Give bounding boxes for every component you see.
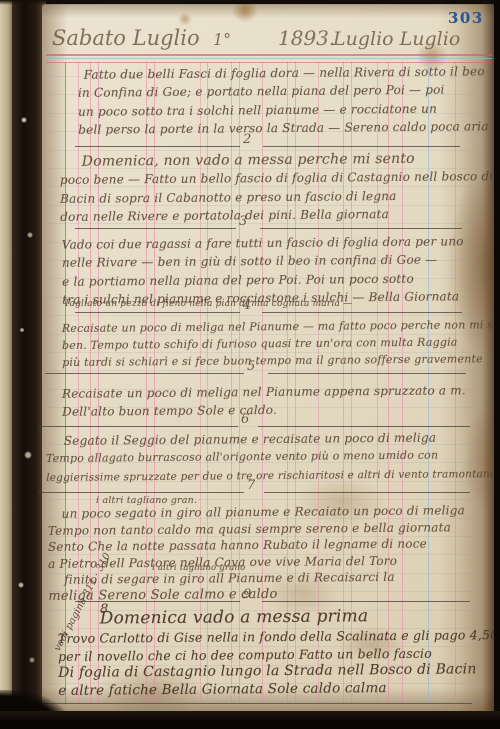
day-number: 5 xyxy=(247,359,255,374)
photo-edge-right xyxy=(494,0,500,729)
journal-entry-8: Domenica vado a messa prima Trovo Carlot… xyxy=(58,604,499,700)
entry-line: dora nelle Rivere e portatola dei pini. … xyxy=(60,204,494,226)
entry-separator xyxy=(264,492,470,493)
entry-separator xyxy=(75,312,240,313)
day-number: 9 xyxy=(243,587,251,602)
journal-entry-5: Recaisate un poco di meliga nel Pianume … xyxy=(62,381,466,421)
entry-separator xyxy=(45,373,244,374)
day-number: 3 xyxy=(239,214,247,229)
header-rule xyxy=(46,58,492,59)
header-weekday-month: Sabato Luglio xyxy=(52,26,200,50)
photo-edge-top xyxy=(0,0,500,5)
entry-separator xyxy=(262,312,462,313)
manuscript-photo: 303 Sabato Luglio 1° 1893. Luglio Luglio… xyxy=(0,0,500,729)
journal-entry-4: Recaisate un poco di meliga nel Pianume … xyxy=(62,316,500,371)
entry-separator xyxy=(263,146,460,147)
entry-separator xyxy=(42,703,472,704)
entry-separator xyxy=(258,426,470,427)
entry-separator xyxy=(75,601,240,602)
day-number: 4 xyxy=(243,298,251,313)
date-header: Sabato Luglio 1° 1893. Luglio Luglio xyxy=(0,24,500,58)
day-number: 6 xyxy=(241,412,249,427)
entry-separator xyxy=(262,601,470,602)
entry-separator xyxy=(260,228,462,229)
journal-entry-3: Vado coi due ragassi a fare tutti un fas… xyxy=(62,232,465,309)
day-number: 2 xyxy=(243,132,251,147)
entry-separator xyxy=(38,426,238,427)
entry-line: Dell'alto buon tempo Sole e caldo. xyxy=(62,400,466,422)
header-day: 1° xyxy=(213,30,231,49)
entry-line: poco bene — Fatto un bello fascio di fog… xyxy=(60,167,494,189)
entry-line: bell perso la porte in la verso la Strad… xyxy=(78,117,489,139)
journal-entry-6: Segato il Seggio del pianume e recaisate… xyxy=(46,428,497,487)
interline-note: Tagliato un pezzo di fieno nella pian di… xyxy=(64,299,352,309)
margin-day-mark: 8 xyxy=(100,602,108,617)
entry-separator xyxy=(75,146,240,147)
entry-separator xyxy=(38,492,244,493)
day-number: 7 xyxy=(247,478,255,493)
entry-separator xyxy=(75,228,236,229)
book-gutter xyxy=(12,0,46,729)
entry-separator xyxy=(268,373,466,374)
journal-entry-2: Domenica, non vado a messa perche mi sen… xyxy=(60,149,494,226)
entry-line: leggierissime spruzzate per due o tre or… xyxy=(46,465,496,487)
journal-entry-1: Fatto due belli Fasci di foglia dora — n… xyxy=(78,62,489,139)
header-month-repeat: Luglio Luglio xyxy=(333,28,460,50)
header-year: 1893. xyxy=(278,26,335,50)
interline-note: i altri tagliano grano xyxy=(152,563,245,573)
photo-edge-bottom xyxy=(0,711,500,729)
